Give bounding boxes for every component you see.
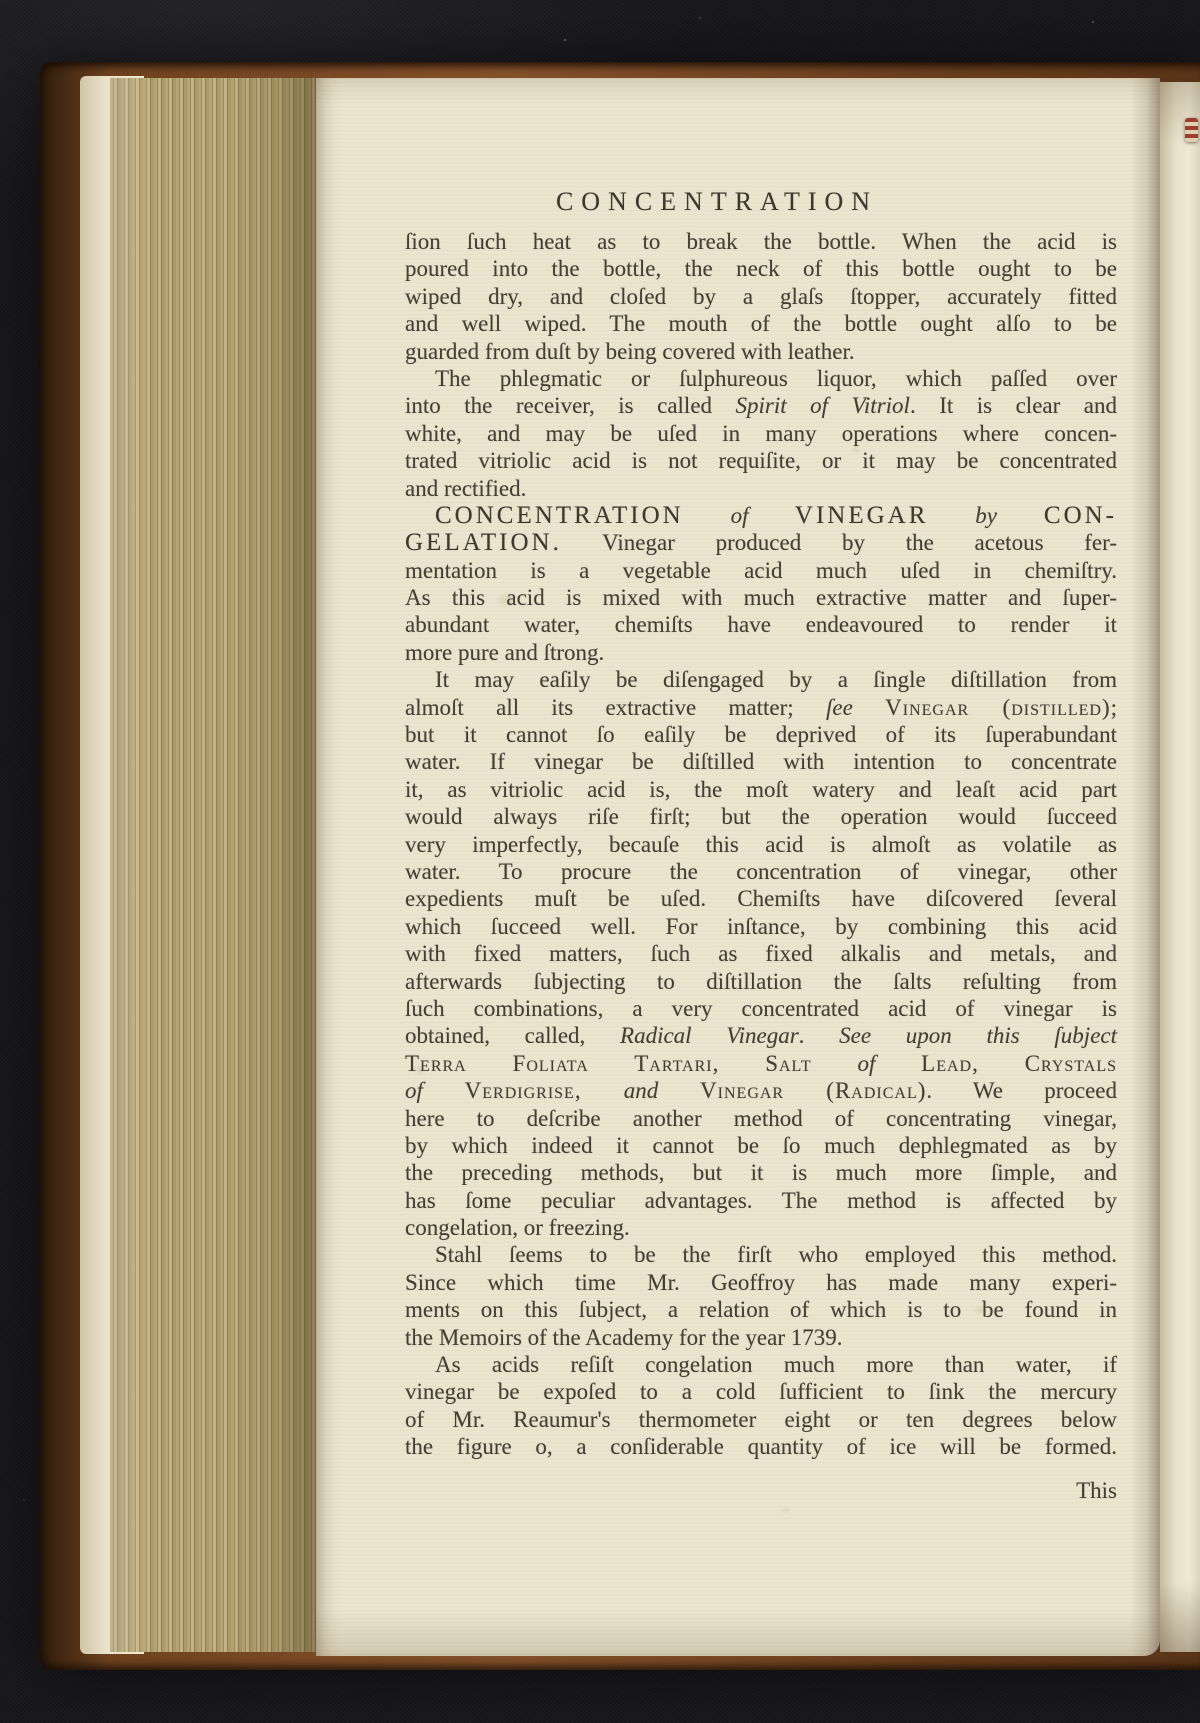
text-segment: would always riſe firſt; but the operati…	[405, 804, 1117, 829]
text-segment: afterwards ſubjecting to diſtillation th…	[405, 969, 1117, 994]
text-line: guarded from duſt by being covered with …	[405, 338, 1117, 365]
text-line: and well wiped. The mouth of the bottle …	[405, 310, 1117, 337]
text-segment: water. To procure the concentration of v…	[405, 859, 1117, 884]
text-segment: very imperfectly, becauſe this acid is a…	[405, 832, 1117, 857]
text-line: the Memoirs of the Academy for the year …	[405, 1324, 1117, 1351]
text-segment: CONCENTRATION	[435, 502, 731, 529]
text-segment: Vinegar (Radical)	[658, 1078, 926, 1103]
text-segment: by which indeed it cannot be ſo much dep…	[405, 1133, 1117, 1158]
text-segment: here to deſcribe another method of conce…	[405, 1106, 1117, 1131]
text-segment: and well wiped. The mouth of the bottle …	[405, 311, 1117, 336]
text-segment: VINEGAR	[749, 502, 976, 529]
text-line: poured into the bottle, the neck of this…	[405, 255, 1117, 282]
text-segment: Since which time Mr. Geoffroy has made m…	[405, 1270, 1117, 1295]
text-segment: Lead, Crystals	[875, 1051, 1117, 1076]
text-line: abundant water, chemiſts have endeavoure…	[405, 611, 1117, 638]
catchword-line: This	[405, 1477, 1117, 1504]
text-line: more pure and ſtrong.	[405, 639, 1117, 666]
text-line: water. To procure the concentration of v…	[405, 858, 1117, 885]
text-line: congelation, or freezing.	[405, 1214, 1117, 1241]
text-segment: of	[731, 503, 749, 528]
text-line: expedients muſt be uſed. Chemiſts have d…	[405, 885, 1117, 912]
text-segment: almoſt all its extractive matter;	[405, 695, 826, 720]
text-lines: ſion ſuch heat as to break the bottle. W…	[405, 228, 1117, 1461]
text-segment: expedients muſt be uſed. Chemiſts have d…	[405, 886, 1117, 911]
text-line: the preceding methods, but it is much mo…	[405, 1159, 1117, 1186]
text-line: vinegar be expoſed to a cold ſufficient …	[405, 1378, 1117, 1405]
text-segment: the Memoirs of the Academy for the year …	[405, 1325, 843, 1350]
text-line: The phlegmatic or ſulphureous liquor, wh…	[405, 365, 1117, 392]
text-line: with fixed matters, ſuch as fixed alkali…	[405, 940, 1117, 967]
text-line: obtained, called, Radical Vinegar. See u…	[405, 1022, 1117, 1049]
text-segment: more pure and ſtrong.	[405, 640, 604, 665]
text-segment: mentation is a vegetable acid much uſed …	[405, 558, 1117, 583]
text-segment: which ſucceed well. For inſtance, by com…	[405, 914, 1117, 939]
text-segment: congelation, or freezing.	[405, 1215, 630, 1240]
text-line: ſion ſuch heat as to break the bottle. W…	[405, 228, 1117, 255]
text-line: into the receiver, is called Spirit of V…	[405, 392, 1117, 419]
book-photo: CONCENTRATION ſion ſuch heat as to break…	[0, 0, 1200, 1723]
text-segment: ;	[1111, 695, 1117, 720]
text-segment: and rectified.	[405, 476, 526, 501]
text-line: trated vitriolic acid is not requiſite, …	[405, 447, 1117, 474]
text-segment: See upon this ſubject	[839, 1023, 1117, 1048]
text-line: white, and may be uſed in many operation…	[405, 420, 1117, 447]
text-line: water. If vinegar be diſtilled with inte…	[405, 748, 1117, 775]
text-segment: ſee	[826, 695, 885, 720]
text-segment: Radical Vinegar	[620, 1023, 799, 1048]
text-line: of Verdigrise, and Vinegar (Radical). We…	[405, 1077, 1117, 1104]
text-segment: trated vitriolic acid is not requiſite, …	[405, 448, 1117, 473]
text-segment: of Mr. Reaumur's thermometer eight or te…	[405, 1407, 1117, 1432]
catchword: This	[1076, 1478, 1117, 1503]
text-segment: obtained, called,	[405, 1023, 620, 1048]
text-line: very imperfectly, becauſe this acid is a…	[405, 831, 1117, 858]
text-segment: Spirit of Vitriol	[736, 393, 910, 418]
text-segment: ments on this ſubject, a relation of whi…	[405, 1297, 1117, 1322]
text-line: It may eaſily be diſengaged by a ſingle …	[405, 666, 1117, 693]
headband	[1185, 118, 1198, 142]
text-segment: water. If vinegar be diſtilled with inte…	[405, 749, 1117, 774]
text-line: GELATION. Vinegar produced by the acetou…	[405, 529, 1117, 556]
text-segment: Vinegar produced by the acetous fer-	[562, 530, 1117, 555]
text-segment: As this acid is mixed with much extracti…	[405, 585, 1117, 610]
text-segment: has ſome peculiar advantages. The method…	[405, 1188, 1117, 1213]
text-line: the figure o, a conſiderable quantity of…	[405, 1433, 1117, 1460]
text-segment: it, as vitriolic acid is, the moſt water…	[405, 777, 1117, 802]
text-line: almoſt all its extractive matter; ſee Vi…	[405, 694, 1117, 721]
text-segment: ſuch combinations, a very concentrated a…	[405, 996, 1117, 1021]
text-segment: of	[405, 1078, 423, 1103]
text-line: which ſucceed well. For inſtance, by com…	[405, 913, 1117, 940]
text-line: and rectified.	[405, 475, 1117, 502]
text-line: it, as vitriolic acid is, the moſt water…	[405, 776, 1117, 803]
text-line: wiped dry, and cloſed by a glaſs ſtopper…	[405, 283, 1117, 310]
text-segment: but it cannot ſo eaſily be deprived of i…	[405, 722, 1117, 747]
text-line: afterwards ſubjecting to diſtillation th…	[405, 968, 1117, 995]
text-segment: The phlegmatic or ſulphureous liquor, wh…	[435, 366, 1117, 391]
text-block: CONCENTRATION ſion ſuch heat as to break…	[405, 186, 1117, 1504]
text-line: here to deſcribe another method of conce…	[405, 1105, 1117, 1132]
text-segment: .	[799, 1023, 839, 1048]
text-line: by which indeed it cannot be ſo much dep…	[405, 1132, 1117, 1159]
text-line: CONCENTRATION of VINEGAR by CON-	[405, 502, 1117, 529]
text-line: Stahl ſeems to be the firſt who employed…	[405, 1241, 1117, 1268]
text-segment: and	[624, 1078, 659, 1103]
next-page-edge	[1160, 82, 1200, 1652]
text-segment: It may eaſily be diſengaged by a ſingle …	[435, 667, 1117, 692]
text-segment: GELATION.	[405, 529, 562, 556]
text-line: Since which time Mr. Geoffroy has made m…	[405, 1269, 1117, 1296]
text-segment: the figure o, a conſiderable quantity of…	[405, 1434, 1117, 1459]
fore-edge-pages	[110, 78, 316, 1652]
text-line: mentation is a vegetable acid much uſed …	[405, 557, 1117, 584]
text-segment: Stahl ſeems to be the firſt who employed…	[435, 1242, 1117, 1267]
text-segment: the preceding methods, but it is much mo…	[405, 1160, 1117, 1185]
text-segment: Vinegar (distilled)	[885, 695, 1110, 720]
text-segment: CON-	[997, 502, 1117, 529]
text-segment: Verdigrise,	[423, 1078, 624, 1103]
text-segment: vinegar be expoſed to a cold ſufficient …	[405, 1379, 1117, 1404]
text-line: As this acid is mixed with much extracti…	[405, 584, 1117, 611]
text-segment: . It is clear and	[910, 393, 1117, 418]
text-line: would always riſe firſt; but the operati…	[405, 803, 1117, 830]
text-segment: guarded from duſt by being covered with …	[405, 339, 855, 364]
text-line: but it cannot ſo eaſily be deprived of i…	[405, 721, 1117, 748]
text-line: Terra Foliata Tartari, Salt of Lead, Cry…	[405, 1050, 1117, 1077]
text-line: of Mr. Reaumur's thermometer eight or te…	[405, 1406, 1117, 1433]
text-segment: wiped dry, and cloſed by a glaſs ſtopper…	[405, 284, 1117, 309]
text-segment: abundant water, chemiſts have endeavoure…	[405, 612, 1117, 637]
text-segment: into the receiver, is called	[405, 393, 736, 418]
text-segment: white, and may be uſed in many operation…	[405, 421, 1117, 446]
text-segment: ſion ſuch heat as to break the bottle. W…	[405, 229, 1117, 254]
text-line: ſuch combinations, a very concentrated a…	[405, 995, 1117, 1022]
text-segment: of	[857, 1051, 875, 1076]
text-line: has ſome peculiar advantages. The method…	[405, 1187, 1117, 1214]
text-segment: poured into the bottle, the neck of this…	[405, 256, 1117, 281]
text-segment: by	[975, 503, 997, 528]
text-segment: Terra Foliata Tartari, Salt	[405, 1051, 857, 1076]
text-segment: . We proceed	[926, 1078, 1117, 1103]
text-line: ments on this ſubject, a relation of whi…	[405, 1296, 1117, 1323]
text-segment: As acids reſiſt congelation much more th…	[435, 1352, 1117, 1377]
text-line: As acids reſiſt congelation much more th…	[405, 1351, 1117, 1378]
text-segment: with fixed matters, ſuch as fixed alkali…	[405, 941, 1117, 966]
running-head: CONCENTRATION	[361, 186, 1073, 218]
